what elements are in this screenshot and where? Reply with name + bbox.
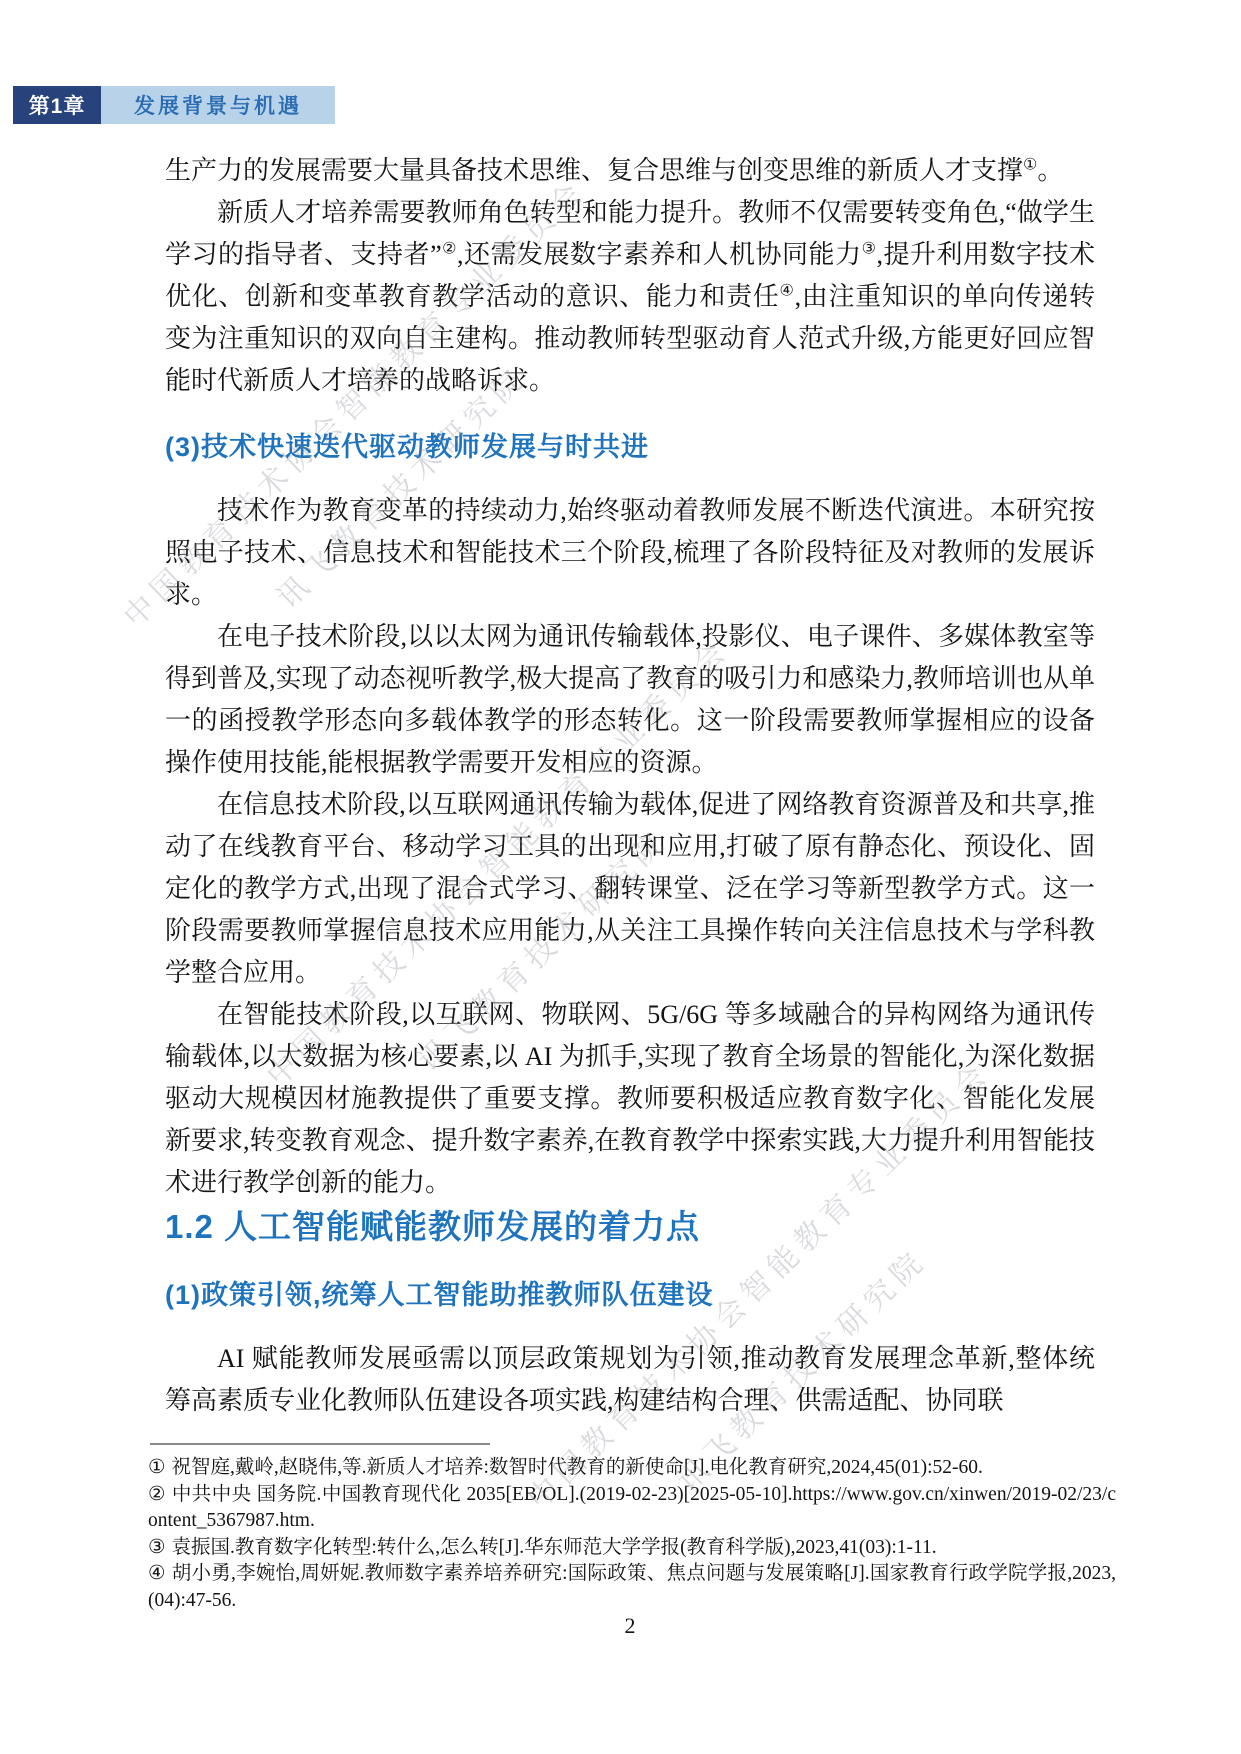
- footnote-item: ①祝智庭,戴岭,赵晓伟,等.新质人才培养:数智时代教育的新使命[J].电化教育研…: [148, 1455, 1116, 1482]
- body-paragraph: 在智能技术阶段,以互联网、物联网、5G/6G 等多域融合的异构网络为通讯传输载体…: [165, 994, 1095, 1204]
- body-paragraph: 生产力的发展需要大量具备技术思维、复合思维与创变思维的新质人才支撑①。: [165, 150, 1095, 192]
- footnote-item: ④胡小勇,李婉怡,周妍妮.教师数字素养培养研究:国际政策、焦点问题与发展策略[J…: [148, 1561, 1116, 1614]
- page-number: 2: [165, 1613, 1095, 1639]
- body-paragraph: 在电子技术阶段,以以太网为通讯传输载体,投影仪、电子课件、多媒体教室等得到普及,…: [165, 616, 1095, 784]
- chapter-title-box: 发展背景与机遇: [101, 86, 335, 124]
- footnote-marker: ②: [148, 1484, 166, 1505]
- document-page: 中国教育技术协会智能教育专业委员会讯飞教育技术研究院中国教育技术协会智能教育专业…: [0, 0, 1241, 1754]
- body-paragraph: 在信息技术阶段,以互联网通讯传输为载体,促进了网络教育资源普及和共享,推动了在线…: [165, 784, 1095, 994]
- chapter-number-box: 第1章: [13, 86, 101, 124]
- footnote-ref: ①: [1023, 156, 1037, 173]
- footnote-item: ②中共中央 国务院.中国教育现代化 2035[EB/OL].(2019-02-2…: [148, 1482, 1116, 1535]
- subsection-heading: (3)技术快速迭代驱动教师发展与时共进: [165, 426, 1095, 468]
- footnote-section: ①祝智庭,戴岭,赵晓伟,等.新质人才培养:数智时代教育的新使命[J].电化教育研…: [148, 1443, 1116, 1614]
- subsection-heading: (1)政策引领,统筹人工智能助推教师队伍建设: [165, 1274, 1095, 1316]
- footnote-list: ①祝智庭,戴岭,赵晓伟,等.新质人才培养:数智时代教育的新使命[J].电化教育研…: [148, 1455, 1116, 1614]
- footnote-marker: ①: [148, 1457, 165, 1478]
- body-paragraph: 新质人才培养需要教师角色转型和能力提升。教师不仅需要转变角色,“做学生学习的指导…: [165, 192, 1095, 402]
- footnote-marker: ③: [148, 1537, 165, 1558]
- section-heading: 1.2 人工智能赋能教师发展的着力点: [165, 1204, 1095, 1250]
- chapter-banner: 第1章 发展背景与机遇: [13, 86, 335, 124]
- footnote-marker: ④: [148, 1563, 166, 1584]
- body-paragraph: 技术作为教育变革的持续动力,始终驱动着教师发展不断迭代演进。本研究按照电子技术、…: [165, 490, 1095, 616]
- footnote-ref: ②: [442, 240, 457, 257]
- footnote-item: ③袁振国.教育数字化转型:转什么,怎么转[J].华东师范大学学报(教育科学版),…: [148, 1535, 1116, 1562]
- footnote-divider: [150, 1443, 490, 1445]
- body-paragraph: AI 赋能教师发展亟需以顶层政策规划为引领,推动教育发展理念革新,整体统筹高素质…: [165, 1338, 1095, 1422]
- document-body: 生产力的发展需要大量具备技术思维、复合思维与创变思维的新质人才支撑①。新质人才培…: [165, 150, 1095, 1422]
- footnote-ref: ③: [862, 240, 877, 257]
- footnote-ref: ④: [780, 282, 795, 299]
